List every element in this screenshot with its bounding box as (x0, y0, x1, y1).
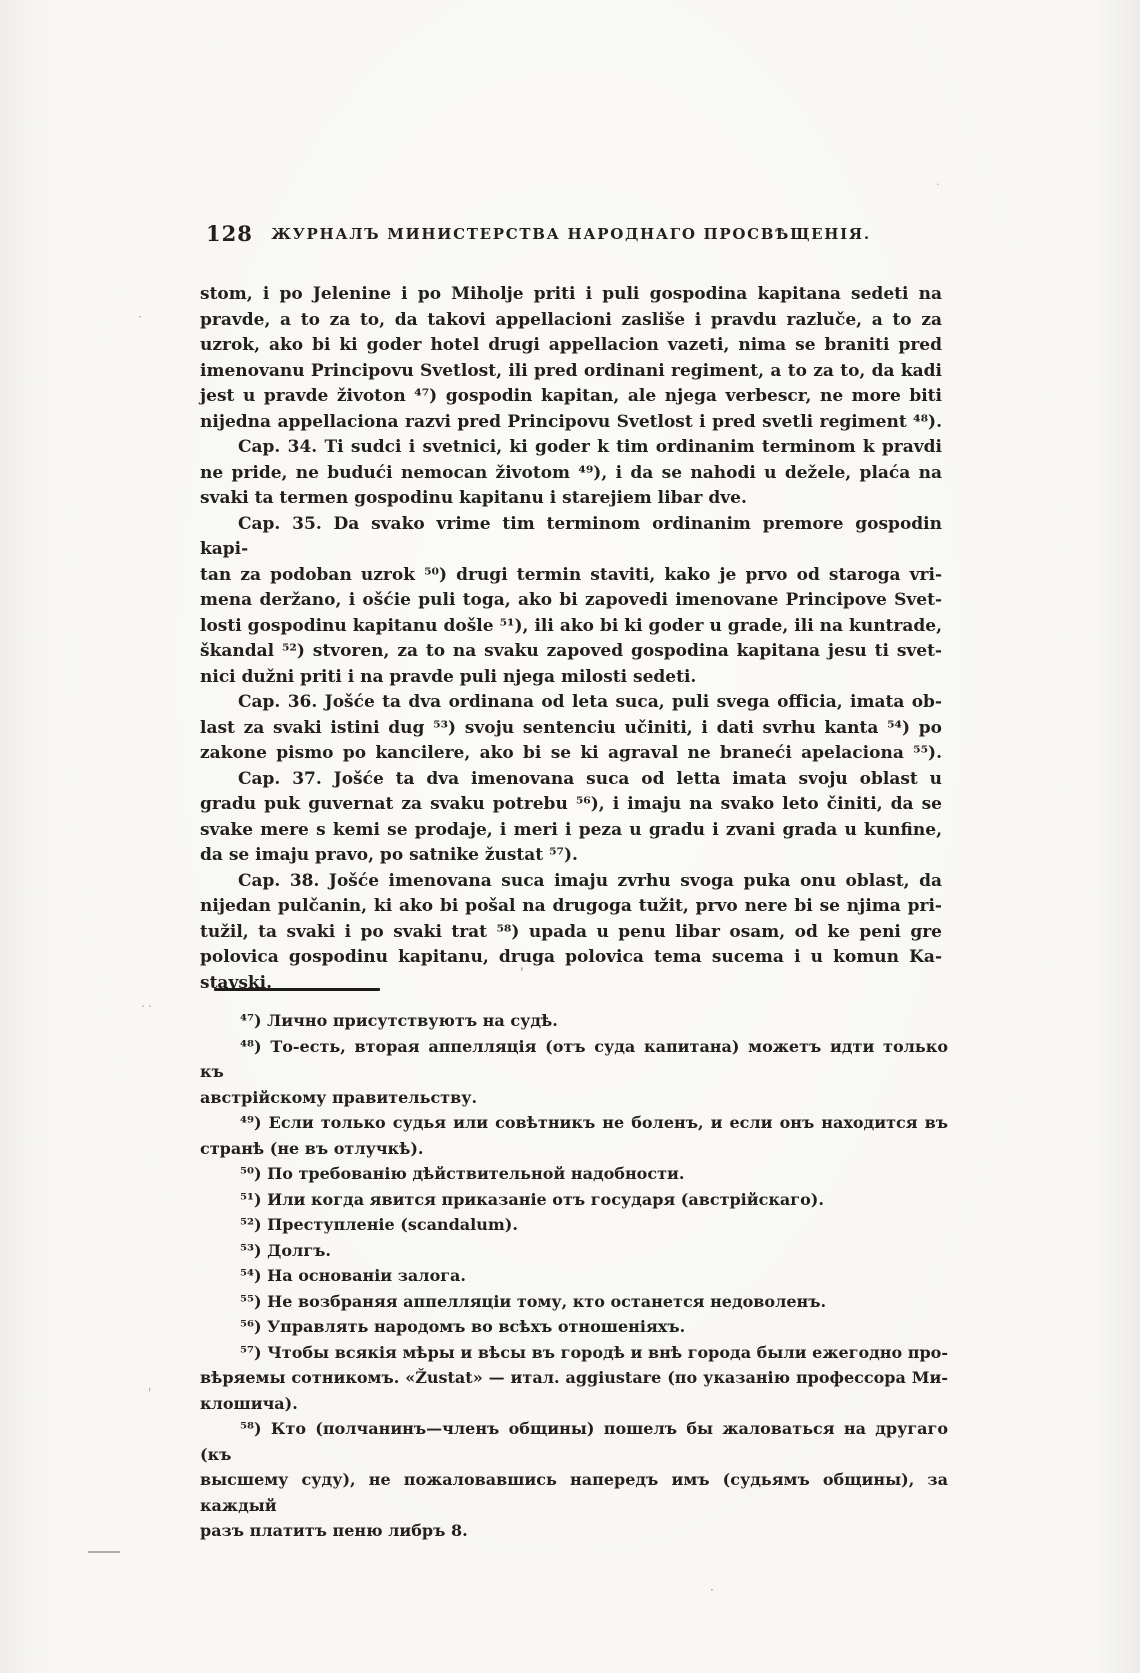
text-line: ⁵⁵) Не возбраняя аппелляціи тому, кто ос… (200, 1289, 948, 1315)
text-line: nijedna appellaciona razvi pred Principo… (200, 410, 942, 436)
scan-artifact: .. (141, 996, 155, 1010)
text-line: ⁴⁸) То-есть, вторая аппелляція (отъ суда… (200, 1034, 948, 1085)
text-line: losti gospodinu kapitanu došle ⁵¹), ili … (200, 614, 942, 640)
scan-artifact: ' (148, 1386, 151, 1400)
text-line: svaki ta termen gospodinu kapitanu i sta… (200, 486, 942, 512)
footnote-list: ⁴⁷) Лично присутствуютъ на судѣ.⁴⁸) То-е… (200, 1008, 948, 1544)
text-line: ⁵⁴) На основаніи залога. (200, 1263, 948, 1289)
text-line: gradu puk guvernat za svaku potrebu ⁵⁶),… (200, 792, 942, 818)
scan-artifact (88, 1551, 120, 1553)
text-line: ne pride, ne budući nemocan životom ⁴⁹),… (200, 461, 942, 487)
text-line: ⁵¹) Или когда явится приказаніе отъ госу… (200, 1187, 948, 1213)
text-line: nijedan pulčanin, ki ako bi pošal na dru… (200, 894, 942, 920)
text-line: zakone pismo po kancilere, ako bi se ki … (200, 741, 942, 767)
text-line: ⁵⁸) Кто (полчанинъ—членъ общины) пошелъ … (200, 1416, 948, 1467)
scanned-page: 128 ЖУРНАЛЪ МИНИСТЕРСТВА НАРОДНАГО ПРОСВ… (0, 0, 1140, 1673)
scan-artifact: · (710, 1583, 714, 1597)
text-line: вѣряемы сотникомъ. «Žustat» — итал. aggi… (200, 1365, 948, 1391)
text-line: ⁵³) Долгъ. (200, 1238, 948, 1264)
text-line: last za svaki istini dug ⁵³) svoju sente… (200, 716, 942, 742)
journal-title: ЖУРНАЛЪ МИНИСТЕРСТВА НАРОДНАГО ПРОСВѢЩЕН… (200, 220, 942, 243)
text-line: ⁵²) Преступленіе (scandalum). (200, 1212, 948, 1238)
text-line: jest u pravde životon ⁴⁷) gospodin kapit… (200, 384, 942, 410)
text-line: stom, i po Jelenine i po Miholje priti i… (200, 282, 942, 308)
text-line: stavski. (200, 971, 942, 997)
scan-artifact: · (138, 310, 142, 324)
text-line: австрійскому правительству. (200, 1085, 948, 1111)
text-line: uzrok, ako bi ki goder hotel drugi appel… (200, 333, 942, 359)
text-line: svake mere s kemi se prodaje, i meri i p… (200, 818, 942, 844)
page-header: 128 ЖУРНАЛЪ МИНИСТЕРСТВА НАРОДНАГО ПРОСВ… (200, 220, 942, 250)
text-line: странѣ (не въ отлучкѣ). (200, 1136, 948, 1162)
text-line: ⁵⁷) Чтобы всякія мѣры и вѣсы въ городѣ и… (200, 1340, 948, 1366)
text-line: Cap. 34. Ti sudci i svetnici, ki goder k… (200, 435, 942, 461)
text-line: ⁴⁹) Если только судья или совѣтникъ не б… (200, 1110, 948, 1136)
text-line: ⁵⁰) По требованію дѣйствительной надобно… (200, 1161, 948, 1187)
page-number: 128 (206, 221, 253, 246)
text-line: Cap. 38. Jošće imenovana suca imaju zvrh… (200, 869, 942, 895)
text-line: ⁵⁶) Управлять народомъ во всѣхъ отношені… (200, 1314, 948, 1340)
text-line: polovica gospodinu kapitanu, druga polov… (200, 945, 942, 971)
text-line: imenovanu Principovu Svetlost, ili pred … (200, 359, 942, 385)
text-line: tan za podoban uzrok ⁵⁰) drugi termin st… (200, 563, 942, 589)
text-line: ⁴⁷) Лично присутствуютъ на судѣ. (200, 1008, 948, 1034)
main-text: stom, i po Jelenine i po Miholje priti i… (200, 282, 942, 996)
text-line: nici dužni priti i na pravde puli njega … (200, 665, 942, 691)
text-line: клошича). (200, 1391, 948, 1417)
text-line: Cap. 36. Jošće ta dva ordinana od leta s… (200, 690, 942, 716)
text-line: pravde, a to za to, da takovi appellacio… (200, 308, 942, 334)
text-line: разъ платитъ пеню либръ 8. (200, 1518, 948, 1544)
footnote-separator (214, 988, 380, 991)
scan-artifact: · (936, 178, 940, 191)
text-line: da se imaju pravo, po satnike žustat ⁵⁷)… (200, 843, 942, 869)
text-line: škandal ⁵²) stvoren, za to na svaku zapo… (200, 639, 942, 665)
text-line: Cap. 37. Jošće ta dva imenovana suca od … (200, 767, 942, 793)
text-line: mena deržano, i ošćie puli toga, ako bi … (200, 588, 942, 614)
text-line: высшему суду), не пожаловавшись напередъ… (200, 1467, 948, 1518)
text-line: tužil, ta svaki i po svaki trat ⁵⁸) upad… (200, 920, 942, 946)
text-line: Cap. 35. Da svako vrime tim terminom ord… (200, 512, 942, 563)
